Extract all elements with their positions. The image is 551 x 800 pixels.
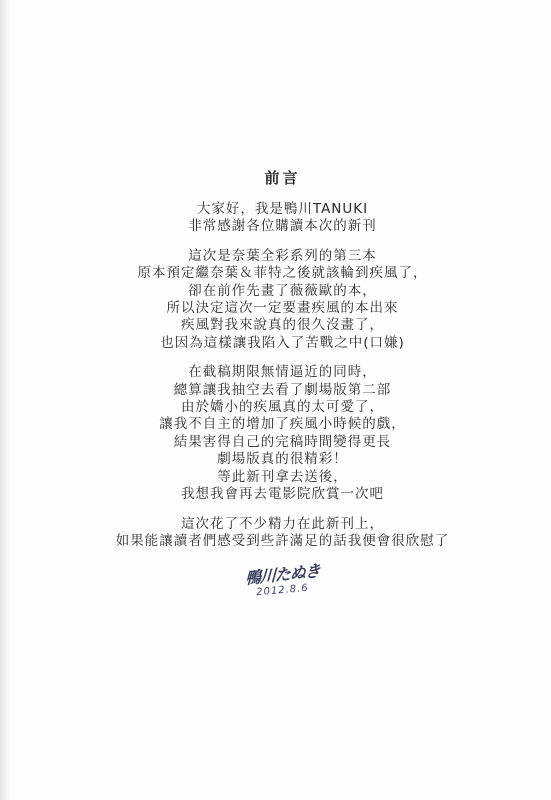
- scanned-page: 前言 大家好，我是鴨川TANUKI非常感謝各位購讀本次的新刊這次是奈葉全彩系列的…: [0, 0, 551, 800]
- paragraph: 這次是奈葉全彩系列的第三本原本預定繼奈葉＆菲特之後就該輪到疾風了，卻在前作先畫了…: [14, 248, 551, 352]
- text-line: 如果能讓讀者們感受到些許滿足的話我便會很欣慰了: [14, 533, 551, 550]
- paragraph: 大家好，我是鴨川TANUKI非常感謝各位購讀本次的新刊: [14, 201, 551, 236]
- text-line: 所以決定這次一定要畫疾風的本出來: [14, 300, 551, 317]
- author-signature: 鴨川たぬき 2012.8.6: [14, 562, 551, 596]
- text-line: 由於嬌小的疾風真的太可愛了，: [14, 399, 551, 416]
- text-line: 劇場版真的很精彩！: [14, 451, 551, 468]
- preface-content: 前言 大家好，我是鴨川TANUKI非常感謝各位購讀本次的新刊這次是奈葉全彩系列的…: [0, 167, 551, 596]
- text-line: 等此新刊拿去送後，: [14, 469, 551, 486]
- text-line: 總算讓我抽空去看了劇場版第二部: [14, 382, 551, 399]
- preface-paragraphs: 大家好，我是鴨川TANUKI非常感謝各位購讀本次的新刊這次是奈葉全彩系列的第三本…: [14, 201, 551, 550]
- text-line: 原本預定繼奈葉＆菲特之後就該輪到疾風了，: [14, 265, 551, 282]
- text-line: 在截稿期限無情逼近的同時，: [14, 364, 551, 381]
- paragraph: 這次花了不少精力在此新刊上，如果能讓讀者們感受到些許滿足的話我便會很欣慰了: [14, 516, 551, 551]
- text-line: 這次是奈葉全彩系列的第三本: [14, 248, 551, 265]
- text-line: 疾風對我來說真的很久沒畫了，: [14, 317, 551, 334]
- text-line: 讓我不自主的增加了疾風小時候的戲，: [14, 416, 551, 433]
- text-line: 這次花了不少精力在此新刊上，: [14, 516, 551, 533]
- page-title: 前言: [14, 167, 551, 188]
- paragraph: 在截稿期限無情逼近的同時，總算讓我抽空去看了劇場版第二部由於嬌小的疾風真的太可愛…: [14, 364, 551, 503]
- text-line: 我想我會再去電影院欣賞一次吧: [14, 486, 551, 503]
- text-line: 也因為這樣讓我陷入了苦戰之中(口嫌): [14, 335, 551, 352]
- text-line: 大家好，我是鴨川TANUKI: [14, 201, 551, 218]
- text-line: 非常感謝各位購讀本次的新刊: [14, 218, 551, 235]
- text-line: 卻在前作先畫了薇薇歐的本，: [14, 283, 551, 300]
- text-line: 結果害得自己的完稿時間變得更長: [14, 434, 551, 451]
